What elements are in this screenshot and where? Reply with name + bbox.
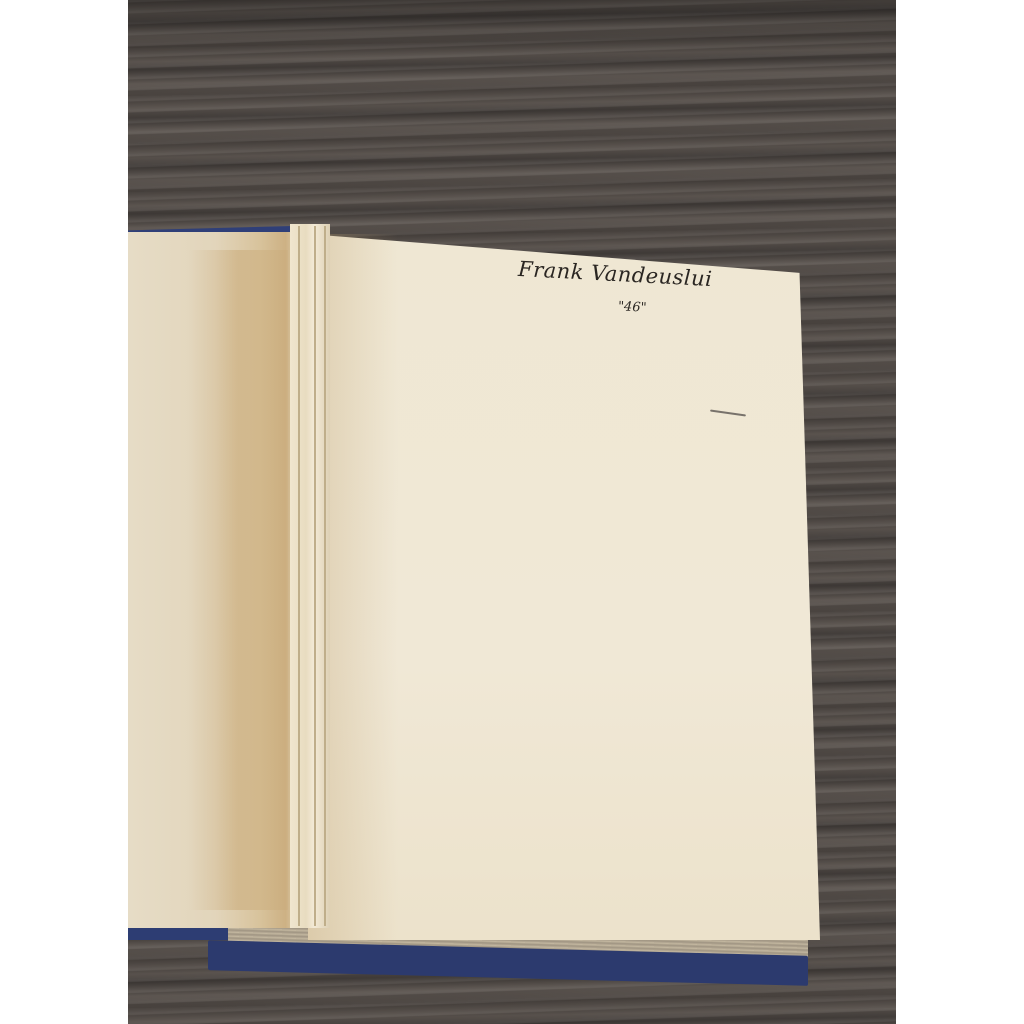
gutter-fold-line [298,226,300,926]
book-cover-bottom-left [128,926,238,940]
handwritten-year: "46" [618,299,647,315]
foxing-stain [188,250,288,910]
gutter-fold-line [324,226,326,926]
book-photo: Frank Vandeuslui "46" [128,0,896,1024]
wood-table-shadow [128,0,896,60]
gutter-fold-line [314,226,316,926]
